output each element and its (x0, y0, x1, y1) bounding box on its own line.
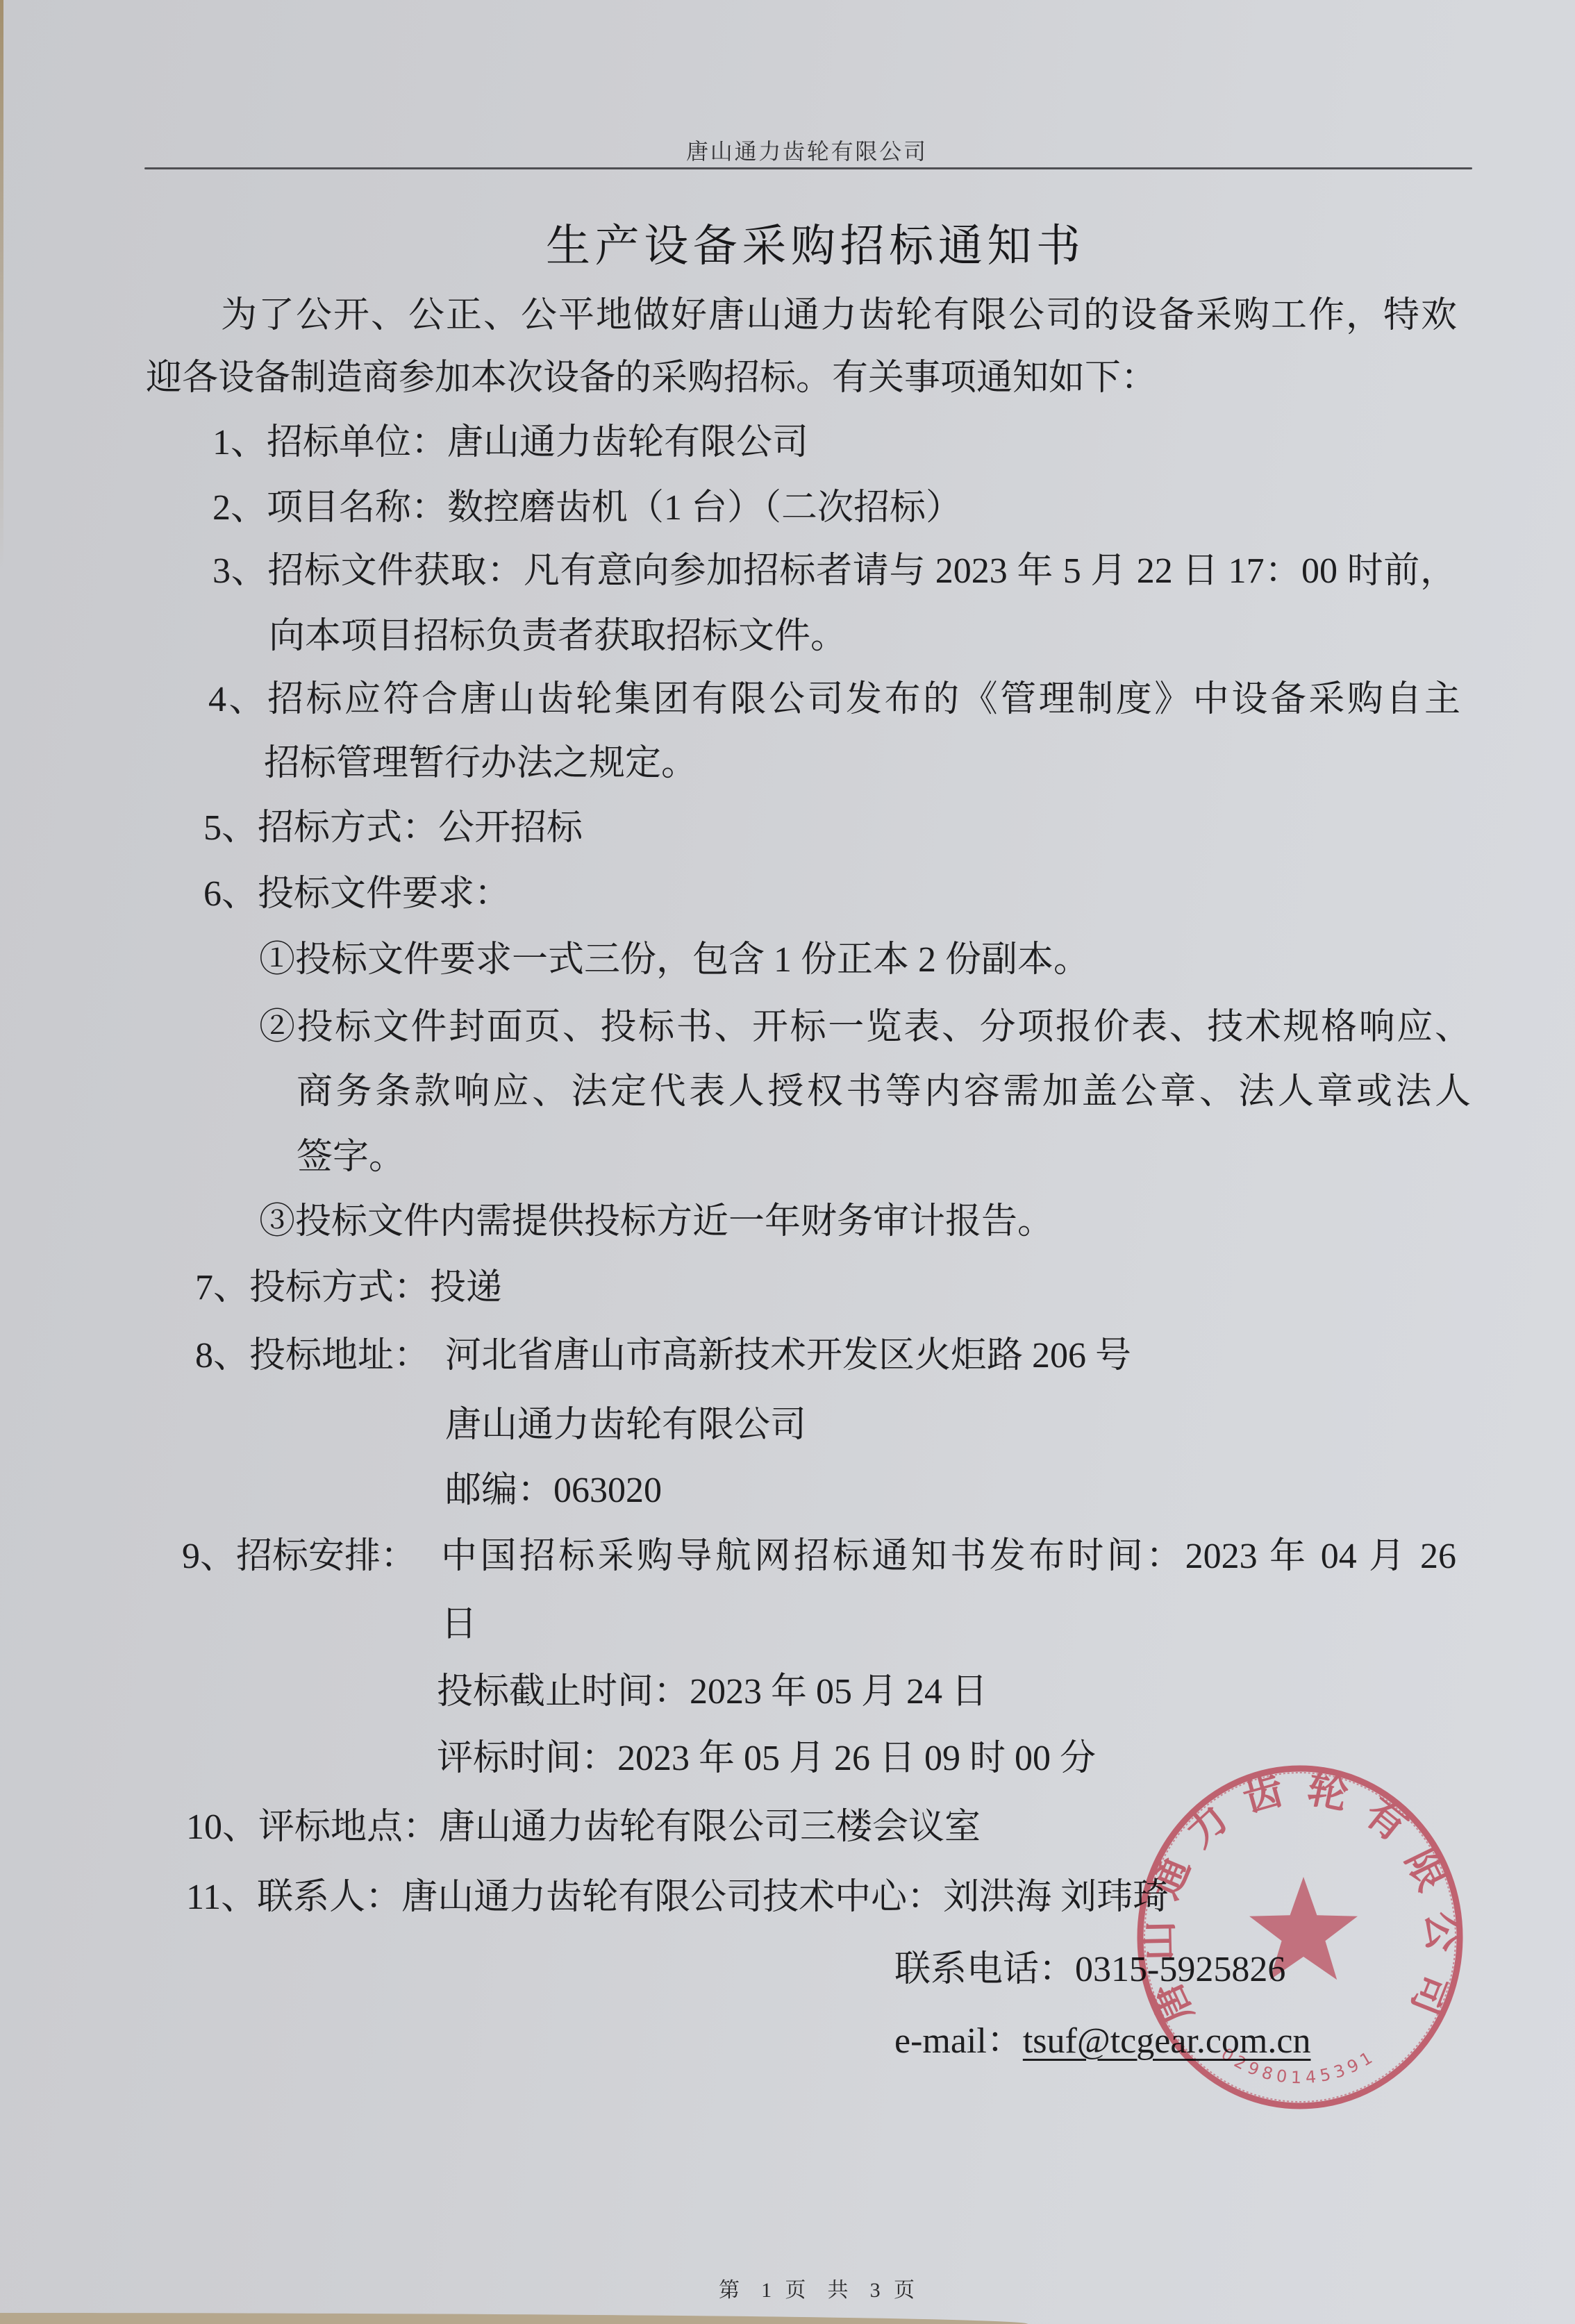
item-10: 10、评标地点：唐山通力齿轮有限公司三楼会议室 (186, 1807, 981, 1848)
item-label: 评标地点： (258, 1807, 439, 1847)
item-number: 9、 (182, 1537, 236, 1576)
item-number: 11、 (186, 1878, 257, 1917)
item-label: 招标单位： (267, 423, 447, 462)
item-number: 8、 (195, 1336, 249, 1376)
item-label: 招标文件获取： (267, 551, 524, 591)
sub-item-text: 投标文件要求一式三份，包含 1 份正本 2 份副本。 (295, 940, 1090, 980)
item-label: 项目名称： (267, 488, 447, 528)
item-number: 3、 (212, 551, 267, 591)
item-6: 6、投标文件要求： (203, 873, 510, 915)
letterhead-rule (144, 167, 1472, 169)
sub-item-2-continuation: 商务条款响应、法定代表人授权书等内容需加盖公章、法人章或法人 (297, 1071, 1471, 1113)
desk-edge-left (0, 0, 3, 569)
publish-date-continuation: 日 (441, 1604, 477, 1646)
item-4: 4、招标应符合唐山齿轮集团有限公司发布的《管理制度》中设备采购自主 (208, 679, 1460, 721)
intro-line-1: 为了公开、公正、公平地做好唐山通力齿轮有限公司的设备采购工作，特欢 (221, 295, 1457, 337)
item-label: 联系人： (257, 1878, 401, 1917)
item-2: 2、项目名称：数控磨齿机（1 台）（二次招标） (212, 487, 962, 529)
item-9-label: 9、招标安排： (182, 1536, 417, 1578)
item-number: 4、 (208, 680, 267, 719)
email-label: e-mail： (894, 2021, 1023, 2061)
sub-item-2-continuation: 签字。 (297, 1137, 405, 1178)
publish-date: 中国招标采购导航网招标通知书发布时间：2023 年 04 月 26 (441, 1536, 1456, 1578)
sub-item-text: 投标文件封面页、投标书、开标一览表、分项报价表、技术规格响应、 (297, 1008, 1471, 1047)
sub-item-3: ③投标文件内需提供投标方近一年财务审计报告。 (259, 1201, 1053, 1243)
item-4-continuation: 招标管理暂行办法之规定。 (264, 743, 697, 785)
desk-edge-bottom (0, 2313, 1028, 2324)
item-number: 5、 (203, 808, 258, 848)
intro-line-2: 迎各设备制造商参加本次设备的采购招标。有关事项通知如下： (146, 358, 1157, 399)
circled-number-1: ① (259, 940, 295, 980)
item-3: 3、招标文件获取：凡有意向参加招标者请与 2023 年 5 月 22 日 17：… (212, 551, 1456, 592)
phone-label: 联系电话： (894, 1950, 1075, 1989)
item-number: 10、 (186, 1807, 258, 1847)
bid-deadline: 投标截止时间：2023 年 05 月 24 日 (437, 1671, 987, 1713)
sub-item-text: 投标文件内需提供投标方近一年财务审计报告。 (295, 1202, 1053, 1242)
seal-serial: 02980145391 (1217, 2044, 1375, 2087)
page-number: 第 1 页 共 3 页 (719, 2279, 915, 2302)
item-value: 凡有意向参加招标者请与 2023 年 5 月 22 日 17：00 时前， (524, 551, 1456, 591)
item-value: 唐山通力齿轮有限公司 (447, 423, 808, 462)
item-value: 数控磨齿机（1 台）（二次招标） (447, 488, 962, 528)
item-1: 1、招标单位：唐山通力齿轮有限公司 (212, 422, 808, 464)
item-11: 11、联系人：唐山通力齿轮有限公司技术中心：刘洪海 刘玮琦 (186, 1877, 1169, 1918)
sub-item-2: ②投标文件封面页、投标书、开标一览表、分项报价表、技术规格响应、 (259, 1007, 1471, 1048)
circled-number-3: ③ (259, 1202, 295, 1242)
address-company: 唐山通力齿轮有限公司 (445, 1405, 806, 1446)
item-label: 投标方式： (249, 1268, 430, 1307)
item-value: 投递 (430, 1268, 502, 1307)
item-number: 6、 (203, 874, 258, 914)
address-line: 河北省唐山市高新技术开发区火炬路 206 号 (445, 1335, 1131, 1377)
item-value: 唐山通力齿轮有限公司三楼会议室 (439, 1807, 981, 1847)
seal-star-icon (1249, 1877, 1358, 1980)
postal-code: 邮编：063020 (445, 1470, 662, 1512)
seal-serial-number: 02980145391 (1217, 2044, 1375, 2087)
circled-number-2: ② (259, 1008, 297, 1047)
item-value: 招标应符合唐山齿轮集团有限公司发布的《管理制度》中设备采购自主 (267, 680, 1460, 719)
sub-item-1: ①投标文件要求一式三份，包含 1 份正本 2 份副本。 (259, 939, 1090, 981)
document-title: 生产设备采购招标通知书 (546, 224, 1081, 269)
company-seal: 唐山通力齿轮有限公司 02980145391 (1133, 1764, 1467, 2111)
item-value: 唐山通力齿轮有限公司技术中心：刘洪海 刘玮琦 (401, 1878, 1169, 1917)
letterhead-company: 唐山通力齿轮有限公司 (686, 139, 926, 164)
item-label: 投标文件要求： (258, 874, 510, 914)
item-8-label: 8、投标地址： (195, 1335, 430, 1377)
item-number: 1、 (212, 423, 267, 462)
item-5: 5、招标方式：公开招标 (203, 808, 583, 849)
item-7: 7、投标方式：投递 (195, 1267, 502, 1309)
item-3-continuation: 向本项目招标负责者获取招标文件。 (269, 616, 847, 658)
item-number: 2、 (212, 488, 267, 528)
item-label: 投标地址： (249, 1336, 430, 1376)
evaluation-time: 评标时间：2023 年 05 月 26 日 09 时 00 分 (437, 1738, 1096, 1780)
item-number: 7、 (195, 1268, 249, 1307)
item-label: 招标方式： (258, 808, 438, 848)
item-label: 招标安排： (236, 1537, 417, 1576)
item-value: 公开招标 (438, 808, 583, 848)
